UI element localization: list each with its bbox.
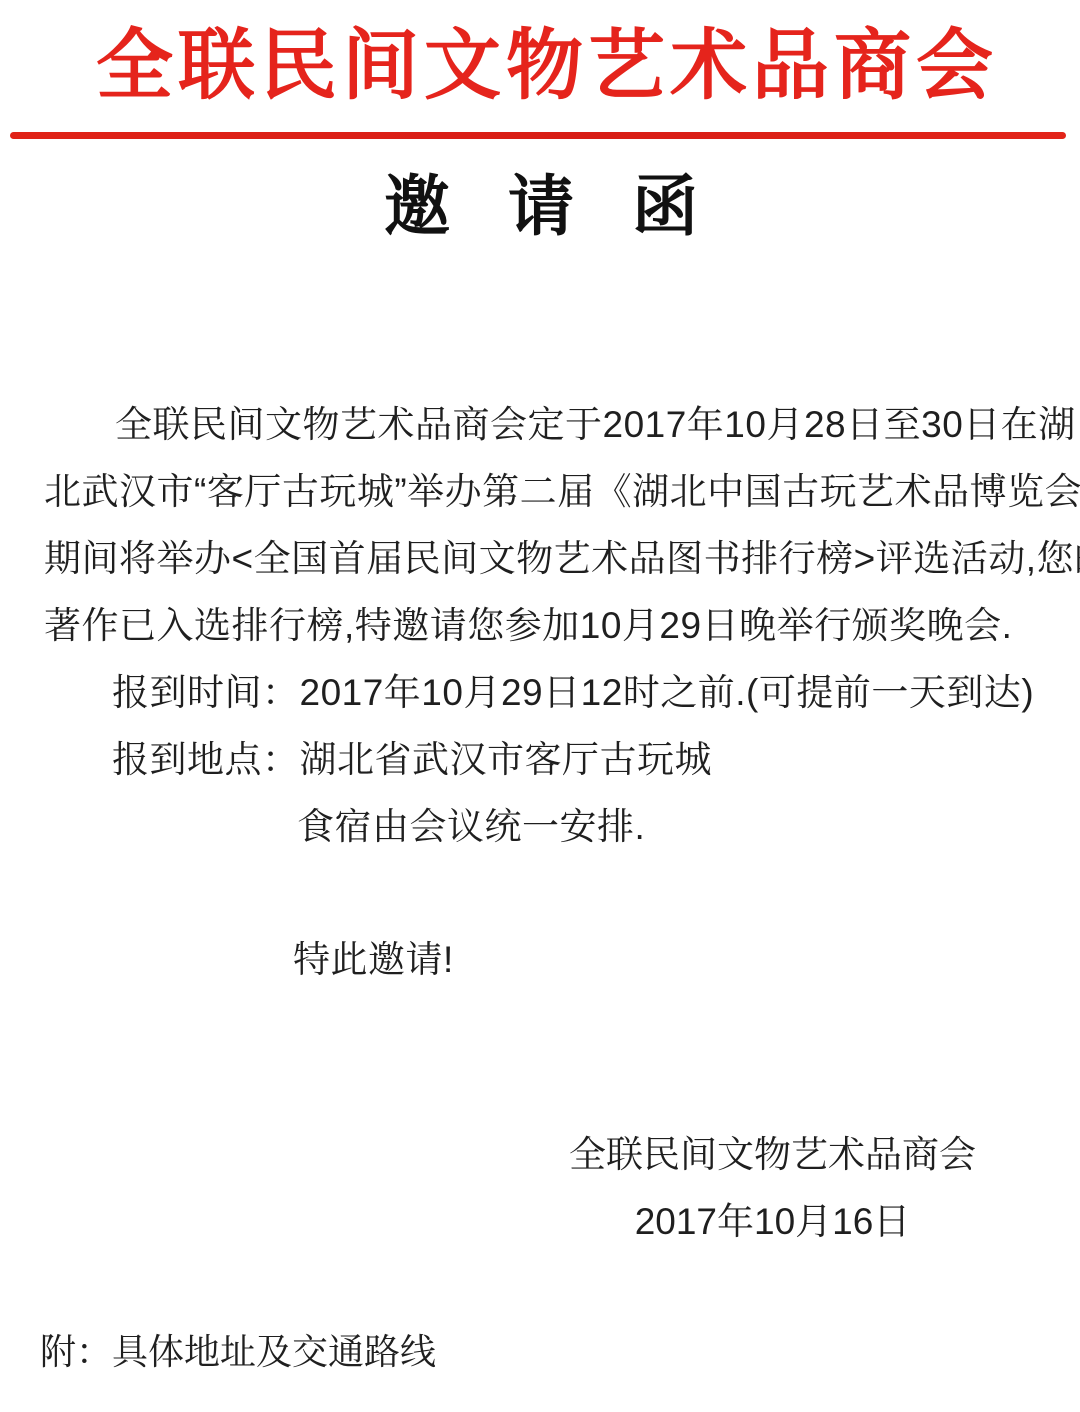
body-line-checkin-place: 报到地点：湖北省武汉市客厅古玩城 [44, 726, 1036, 793]
org-name-heading: 全联民间文物艺术品商会 [0, 0, 1080, 107]
body-line: 期间将举办<全国首届民间文物艺术品图书排行榜>评选活动,您的 [44, 525, 1036, 592]
body-line: 著作已入选排行榜,特邀请您参加10月29日晚举行颁奖晚会. [44, 592, 1036, 659]
body-line: 北武汉市“客厅古玩城”举办第二届《湖北中国古玩艺术品博览会》 [44, 458, 1036, 525]
invitation-letter-page: 全联民间文物艺术品商会 邀请函 全联民间文物艺术品商会定于2017年10月28日… [0, 0, 1080, 1412]
signature-block: 全联民间文物艺术品商会 2017年10月16日 [569, 1121, 976, 1255]
signature-date: 2017年10月16日 [569, 1188, 976, 1255]
body-line-accommodation: 食宿由会议统一安排. [44, 793, 1036, 860]
letter-body: 全联民间文物艺术品商会定于2017年10月28日至30日在湖 北武汉市“客厅古玩… [44, 391, 1036, 993]
signature-org: 全联民间文物艺术品商会 [569, 1121, 976, 1188]
attachment-note: 附：具体地址及交通路线 [40, 1327, 1080, 1377]
body-line: 全联民间文物艺术品商会定于2017年10月28日至30日在湖 [44, 391, 1036, 458]
letter-title: 邀请函 [0, 171, 1080, 241]
header-divider-rule [10, 132, 1066, 139]
closing-line: 特此邀请! [44, 926, 1036, 993]
body-line-checkin-time: 报到时间：2017年10月29日12时之前.(可提前一天到达) [44, 659, 1036, 726]
